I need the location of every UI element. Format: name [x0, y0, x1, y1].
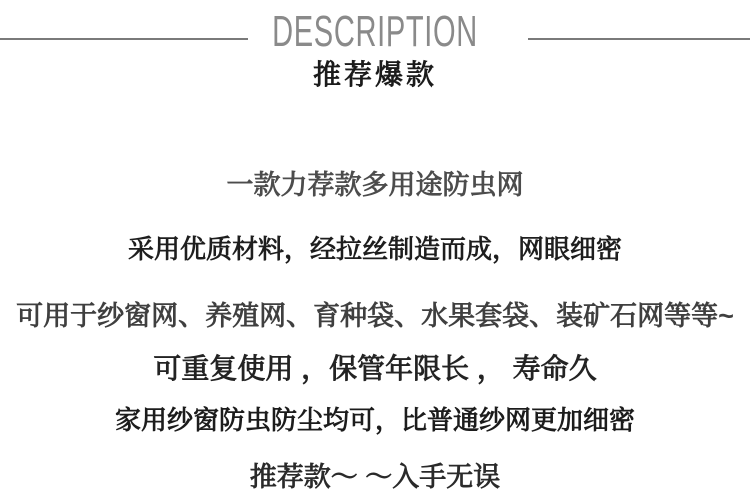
description-line-uses: 可用于纱窗网、养殖网、育种袋、水果套袋、装矿石网等等~ [0, 303, 750, 330]
description-title: DESCRIPTION [127, 10, 622, 54]
header-divider-right [528, 38, 750, 40]
description-line-highlight: 一款力荐款多用途防虫网 [0, 172, 750, 199]
description-subtitle: 推荐爆款 [0, 61, 750, 89]
description-line-recommend: 推荐款～ ～入手无误 [0, 464, 750, 490]
description-line-material: 采用优质材料，经拉丝制造而成，网眼细密 [0, 236, 750, 262]
product-description-page: DESCRIPTION 推荐爆款 一款力荐款多用途防虫网 采用优质材料，经拉丝制… [0, 0, 750, 490]
description-line-durability: 可重复使用 ，保管年限长 ， 寿命久 [0, 355, 750, 383]
description-line-household: 家用纱窗防虫防尘均可，比普通纱网更加细密 [0, 407, 750, 433]
